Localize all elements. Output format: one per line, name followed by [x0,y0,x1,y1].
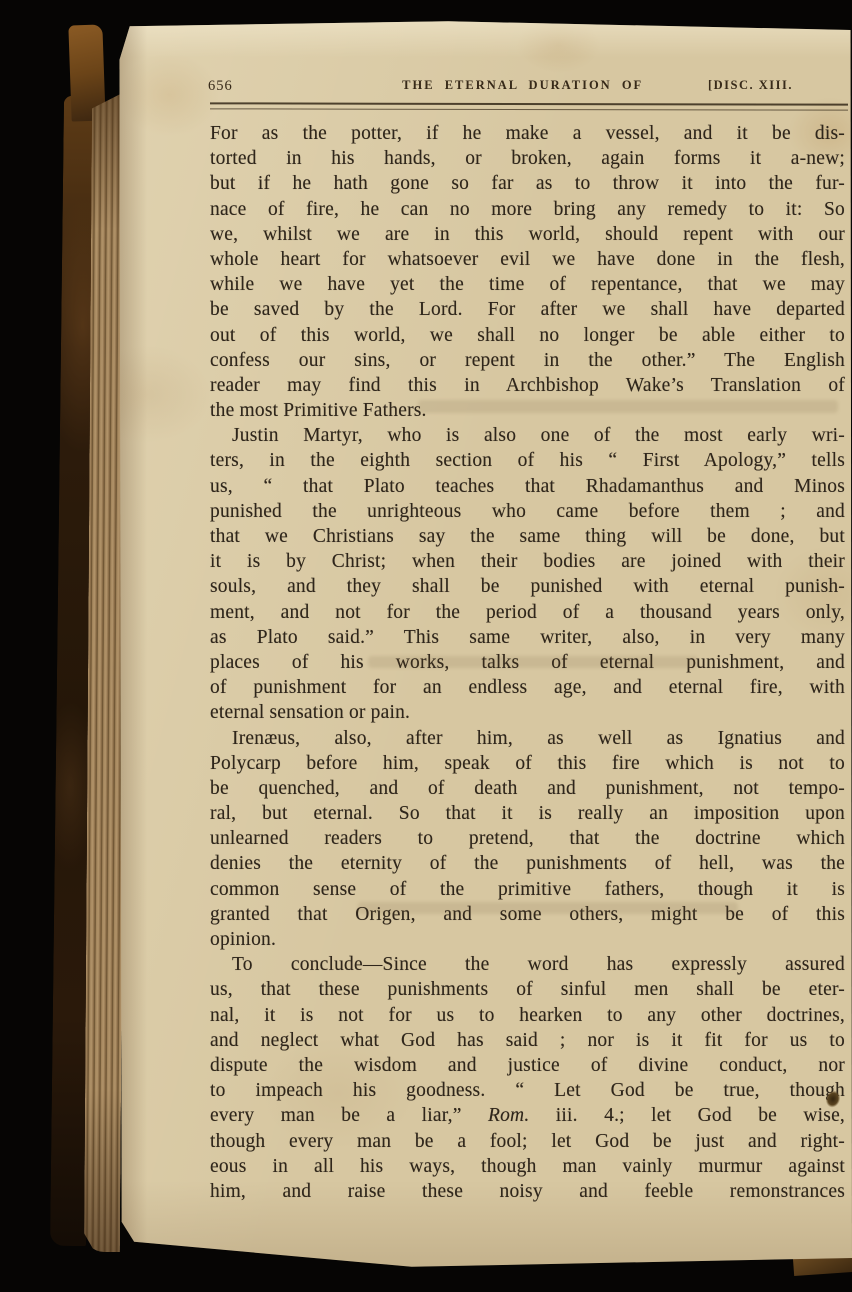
text-line: ment, and not for the period of a thousa… [210,600,845,625]
text-line: confess our sins, or repent in the other… [210,348,845,373]
section-label: [DISC. XIII. [708,78,793,93]
text-line: opinion. [210,927,845,952]
text-line: it is by Christ; when their bodies are j… [210,549,845,574]
text-line: we, whilst we are in this world, should … [210,222,845,247]
header-rule [210,102,848,110]
text-line: that we Christians say the same thing wi… [210,524,845,549]
text-line: him, and raise these noisy and feeble re… [210,1179,845,1204]
text-line: out of this world, we shall no longer be… [210,323,845,348]
text-line: nace of fire, he can no more bring any r… [210,197,845,222]
text-line: while we have yet the time of repentance… [210,272,845,297]
text-line: to impeach his goodness. “ Let God be tr… [210,1078,845,1103]
text-line: and neglect what God has said ; nor is i… [210,1028,845,1053]
paragraph: To conclude—Since the word has expressly… [210,952,845,1204]
page-header: 656 THE ETERNAL DURATION OF [DISC. XIII. [210,76,845,100]
showthrough-smudge [358,902,738,914]
paragraph: Justin Martyr, who is also one of the mo… [210,423,845,725]
text-line: nal, it is not for us to hearken to any … [210,1003,845,1028]
text-line: Polycarp before him, speak of this fire … [210,751,845,776]
running-title: THE ETERNAL DURATION OF [402,78,643,93]
text-line: unlearned readers to pretend, that the d… [210,826,845,851]
text-line: To conclude—Since the word has expressly… [210,952,845,977]
text-line: eous in all his ways, though man vainly … [210,1154,845,1179]
text-line: whole heart for whatsoever evil we have … [210,247,845,272]
text-line: Irenæus, also, after him, as well as Ign… [210,726,845,751]
page-number: 656 [208,78,233,95]
book-page: 656 THE ETERNAL DURATION OF [DISC. XIII.… [118,20,852,1268]
text-line: of punishment for an endless age, and et… [210,675,845,700]
text-line: torted in his hands, or broken, again fo… [210,146,845,171]
text-line: ral, but eternal. So that it is really a… [210,801,845,826]
text-line: denies the eternity of the punishments o… [210,851,845,876]
text-line: reader may find this in Archbishop Wake’… [210,373,845,398]
showthrough-smudge [368,656,698,668]
text-line: as Plato said.” This same writer, also, … [210,625,845,650]
text-line: though every man be a fool; let God be j… [210,1129,845,1154]
text-line: be quenched, and of death and punishment… [210,776,845,801]
text-line: dispute the wisdom and justice of divine… [210,1053,845,1078]
text-line: but if he hath gone so far as to throw i… [210,171,845,196]
text-line: Justin Martyr, who is also one of the mo… [210,423,845,448]
text-line: us, that these punishments of sinful men… [210,977,845,1002]
text-line: every man be a liar,” Rom. iii. 4.; let … [210,1103,845,1128]
text-line: be saved by the Lord. For after we shall… [210,297,845,322]
book-photo: 656 THE ETERNAL DURATION OF [DISC. XIII.… [0,0,852,1292]
paragraph: For as the potter, if he make a vessel, … [210,121,845,423]
showthrough-smudge [418,400,838,413]
paragraph: Irenæus, also, after him, as well as Ign… [210,726,845,953]
text-line: eternal sensation or pain. [210,700,845,725]
text-line: For as the potter, if he make a vessel, … [210,121,845,146]
text-line: common sense of the primitive fathers, t… [210,877,845,902]
text-line: us, “ that Plato teaches that Rhadamanth… [210,474,845,499]
text-line: ters, in the eighth section of his “ Fir… [210,448,845,473]
text-line: punished the unrighteous who came before… [210,499,845,524]
text-line: souls, and they shall be punished with e… [210,574,845,599]
